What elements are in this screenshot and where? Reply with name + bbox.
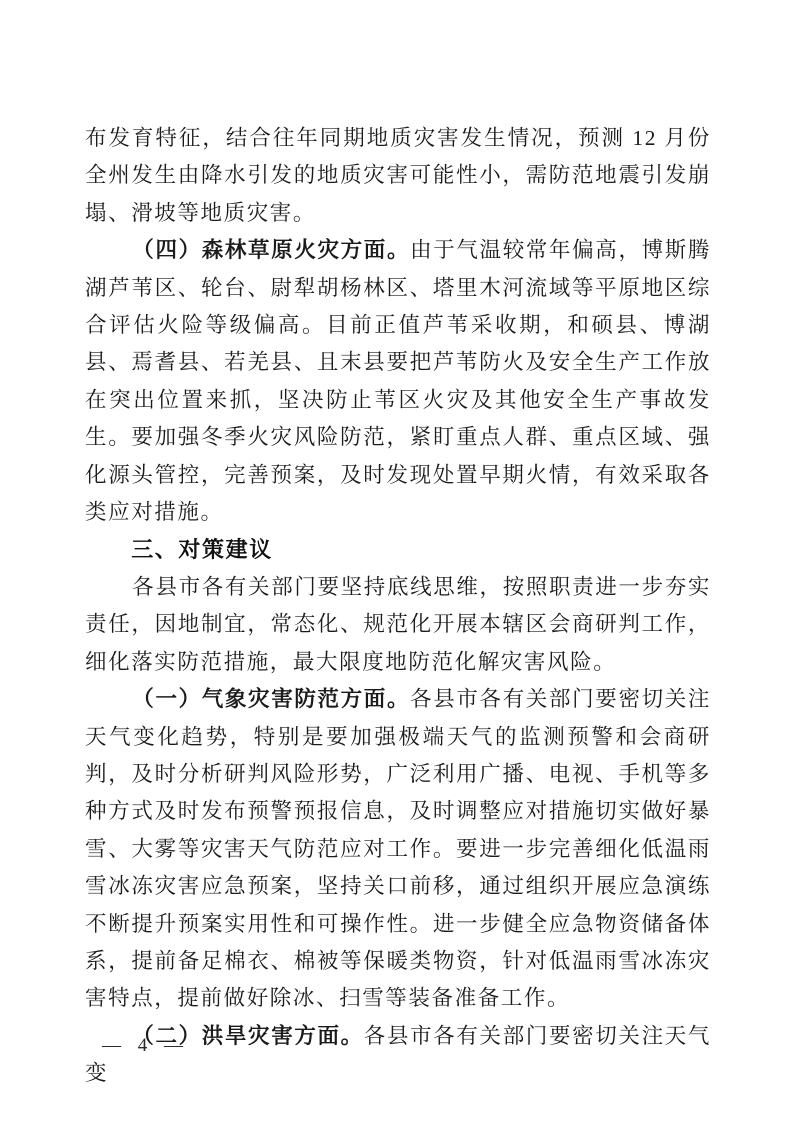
paragraph-weather-disaster-prevention: （一）气象灾害防范方面。各县市各有关部门要密切关注天气变化趋势，特别是要加强极端… [85,681,711,1018]
paragraph-forest-grassland-fire-lead: （四）森林草原火灾方面。 [132,238,410,262]
paragraph-general-advice: 各县市各有关部门要坚持底线思维，按照职责进一步夯实责任，因地制宜，常态化、规范化… [85,569,711,681]
document-body: 布发育特征，结合往年同期地质灾害发生情况，预测 12 月份全州发生由降水引发的地… [85,120,711,1093]
paragraph-weather-disaster-prevention-lead: （一）气象灾害防范方面。 [132,687,410,711]
section-heading-countermeasures: 三、对策建议 [85,531,711,568]
paragraph-forest-grassland-fire: （四）森林草原火灾方面。由于气温较常年偏高，博斯腾湖芦苇区、轮台、尉犁胡杨林区、… [85,232,711,531]
page-number: — 4 — [102,1032,189,1060]
paragraph-geohazard-continuation: 布发育特征，结合往年同期地质灾害发生情况，预测 12 月份全州发生由降水引发的地… [85,120,711,232]
paragraph-forest-grassland-fire-text: 由于气温较常年偏高，博斯腾湖芦苇区、轮台、尉犁胡杨林区、塔里木河流域等平原地区综… [85,238,711,524]
document-page: 布发育特征，结合往年同期地质灾害发生情况，预测 12 月份全州发生由降水引发的地… [0,0,793,1122]
paragraph-weather-disaster-prevention-text: 各县市各有关部门要密切关注天气变化趋势，特别是要加强极端天气的监测预警和会商研判… [85,687,711,1010]
